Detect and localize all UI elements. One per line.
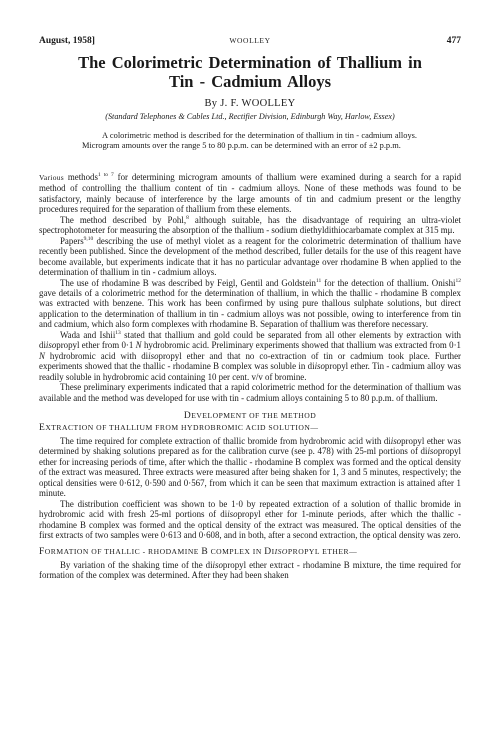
running-head-author: WOOLLEY xyxy=(39,36,461,45)
subsection-heading: FORMATION OF THALLIC - RHODAMINE B COMPL… xyxy=(39,547,461,557)
paragraph: Various methods1 to 7 for determining mi… xyxy=(39,172,461,215)
subsection-heading: EXTRACTION OF THALLIUM FROM HYDROBROMIC … xyxy=(39,423,461,433)
paragraph: Wada and Ishii13 stated that thallium an… xyxy=(39,330,461,382)
byline: By J. F. WOOLLEY xyxy=(39,98,461,109)
affiliation: (Standard Telephones & Cables Ltd., Rect… xyxy=(39,112,461,121)
byline-author: J. F. WOOLLEY xyxy=(220,98,295,109)
paragraph: These preliminary experiments indicated … xyxy=(39,382,461,403)
paragraph: The use of rhodamine B was described by … xyxy=(39,278,461,330)
article-title: The Colorimetric Determination of Thalli… xyxy=(39,53,461,91)
paragraph: By variation of the shaking time of the … xyxy=(39,560,461,581)
running-head: August, 1958] WOOLLEY 477 xyxy=(39,36,461,50)
abstract-text: A colorimetric method is described for t… xyxy=(82,131,417,151)
abstract: A colorimetric method is described for t… xyxy=(82,131,417,151)
title-line-1: The Colorimetric Determination of Thalli… xyxy=(39,53,461,72)
article-body: Various methods1 to 7 for determining mi… xyxy=(39,172,461,581)
paragraph: Papers9,10 describing the use of methyl … xyxy=(39,236,461,278)
byline-by: By xyxy=(205,98,218,109)
paragraph: The distribution coefficient was shown t… xyxy=(39,499,461,541)
page-number: 477 xyxy=(447,36,461,46)
section-heading: DEVELOPMENT OF THE METHOD xyxy=(39,411,461,421)
paragraph: The method described by Pohl,8 although … xyxy=(39,215,461,236)
citation-ref: 9,10 xyxy=(84,236,94,242)
paragraph: The time required for complete extractio… xyxy=(39,436,461,499)
lead-smallcaps: Various xyxy=(39,173,64,182)
citation-ref: 1 to 7 xyxy=(98,172,114,178)
citation-ref: 12 xyxy=(455,278,461,284)
title-line-2: Tin - Cadmium Alloys xyxy=(39,72,461,91)
